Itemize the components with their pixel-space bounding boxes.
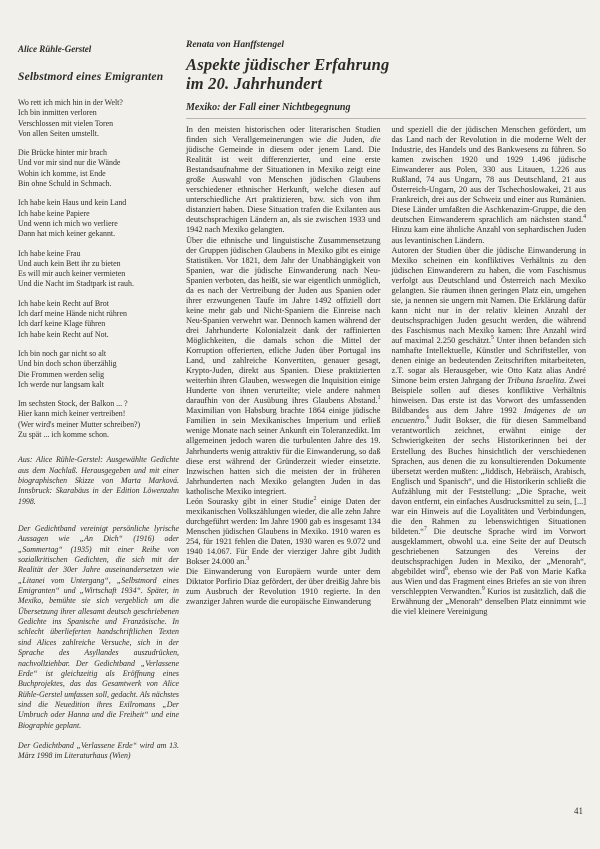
- article-title: Aspekte jüdischer Erfahrung im 20. Jahrh…: [186, 56, 586, 93]
- text-run: die: [370, 135, 380, 144]
- poem-line: Hier kann mich keiner vertreiben!: [18, 409, 179, 419]
- text-run: jüdische Gemeinde in diesem oder jenem L…: [186, 145, 381, 234]
- poem-line: Ich darf keine Klage führen: [18, 319, 179, 329]
- poem-line: Bin ohne Schuld in Schmach.: [18, 179, 179, 189]
- poem-line: (Wer wird's meiner Mutter schreiben?): [18, 420, 179, 430]
- poem-line: Von allen Seiten umstellt.: [18, 129, 179, 139]
- poem-stanza: Die Brücke hinter mir brachUnd vor mir s…: [18, 148, 179, 189]
- poem-line: Zu spät ... ich komme schon.: [18, 430, 179, 440]
- poem-line: Dann hat mich keiner gekannt.: [18, 229, 179, 239]
- poem-line: Die Brücke hinter mir brach: [18, 148, 179, 158]
- poem-line: Wo rett ich mich hin in der Welt?: [18, 98, 179, 108]
- article-columns: In den meisten historischen oder literar…: [186, 125, 586, 617]
- poem-stanza: Ich habe kein Recht auf BrotIch darf mei…: [18, 299, 179, 340]
- poem-line: Und bin doch schon überzählig: [18, 359, 179, 369]
- poem-stanza: Wo rett ich mich hin in der Welt?Ich bin…: [18, 98, 179, 139]
- text-run: Juden,: [337, 135, 370, 144]
- poem-line: Ich habe kein Haus und kein Land: [18, 198, 179, 208]
- poem-line: Es will mir auch keiner vermieten: [18, 269, 179, 279]
- text-run: einige Daten der mexikanischen Volkszähl…: [186, 497, 381, 566]
- article-paragraph: León Sourasky gibt in einer Studie2 eini…: [186, 497, 381, 567]
- poem-column: Alice Rühle-Gerstel Selbstmord eines Emi…: [18, 44, 179, 762]
- poem-line: Ich habe kein Recht auf Brot: [18, 299, 179, 309]
- poem-line: Im sechsten Stock, der Balkon ... ?: [18, 399, 179, 409]
- poem-title: Selbstmord eines Emigranten: [18, 71, 179, 83]
- page-number: 41: [574, 806, 583, 816]
- scanned-book-page: Alice Rühle-Gerstel Selbstmord eines Emi…: [0, 0, 600, 849]
- article-title-line1: Aspekte jüdischer Erfahrung: [186, 56, 586, 75]
- poem-line: Ich habe kein Recht auf Not.: [18, 330, 179, 340]
- poem-line: Die Frommen werden selig: [18, 370, 179, 380]
- poem-line: Ich habe keine Frau: [18, 249, 179, 259]
- text-run: León Sourasky gibt in einer Studie: [186, 497, 313, 506]
- text-run: Die Einwanderung von Europäern wurde unt…: [186, 567, 381, 606]
- poem-stanza: Ich habe kein Haus und kein LandIch habe…: [18, 198, 179, 239]
- article-column-1: In den meisten historischen oder literar…: [186, 125, 381, 617]
- text-run: Judit Bokser, die für diesen Sammelband …: [392, 416, 587, 536]
- poem-body: Wo rett ich mich hin in der Welt?Ich bin…: [18, 98, 179, 440]
- poem-line: Und auch kein Bett ihr zu bieten: [18, 259, 179, 269]
- poem-stanza: Ich bin noch gar nicht so altUnd bin doc…: [18, 349, 179, 390]
- article-paragraph: Autoren der Studien über die jüdische Ei…: [392, 246, 587, 618]
- text-run: Tribuna Israelita: [507, 376, 564, 385]
- text-run: Über die ethnische und linguistische Zus…: [186, 236, 381, 406]
- poem-stanza: Ich habe keine FrauUnd auch kein Bett ih…: [18, 249, 179, 290]
- footnote-marker: 4: [583, 215, 586, 221]
- article-paragraph: und speziell die der jüdischen Menschen …: [392, 125, 587, 246]
- article-paragraph: Über die ethnische und linguistische Zus…: [186, 236, 381, 497]
- poem-author: Alice Rühle-Gerstel: [18, 44, 179, 54]
- poem-stanza: Im sechsten Stock, der Balkon ... ?Hier …: [18, 399, 179, 440]
- poem-line: Und vor mir sind nur die Wände: [18, 158, 179, 168]
- article: Renata von Hanffstengel Aspekte jüdische…: [186, 40, 586, 617]
- article-subtitle: Mexiko: der Fall einer Nichtbegegnung: [186, 102, 586, 113]
- text-run: die: [327, 135, 337, 144]
- event-note: Der Gedichtband „Verlassene Erde“ wird a…: [18, 741, 179, 762]
- poem-line: Ich bin noch gar nicht so alt: [18, 349, 179, 359]
- poem-line: Ich darf meine Hände nicht rühren: [18, 309, 179, 319]
- poem-line: Verschlossen mit vielen Toren: [18, 119, 179, 129]
- poem-line: Ich werde nur langsam kalt: [18, 380, 179, 390]
- text-run: Maximilian von Habsburg brachte 1864 ein…: [186, 406, 381, 495]
- text-run: Hinzu kam eine ähnliche Anzahl von sepha…: [392, 225, 587, 244]
- poem-line: Wohin ich komme, ist Ende: [18, 169, 179, 179]
- text-run: Autoren der Studien über die jüdische Ei…: [392, 246, 587, 345]
- poem-line: Und die Nacht im Stadtpark ist rauh.: [18, 279, 179, 289]
- footnote-marker: 1: [378, 396, 381, 402]
- article-title-line2: im 20. Jahrhundert: [186, 75, 586, 94]
- article-column-2: und speziell die der jüdischen Menschen …: [392, 125, 587, 617]
- footnote-marker: 3: [246, 556, 249, 562]
- editorial-commentary: Der Gedichtband vereinigt persönliche ly…: [18, 524, 179, 731]
- article-author: Renata von Hanffstengel: [186, 40, 586, 50]
- article-paragraph: Die Einwanderung von Europäern wurde unt…: [186, 567, 381, 607]
- poem-source-note: Aus: Alice Rühle-Gerstel: Ausgewählte Ge…: [18, 455, 179, 507]
- text-run: und speziell die der jüdischen Menschen …: [392, 125, 587, 224]
- subtitle-rule: [186, 118, 586, 119]
- poem-line: Ich bin inmitten verloren: [18, 108, 179, 118]
- poem-line: Ich habe keine Papiere: [18, 209, 179, 219]
- poem-line: Und wenn ich mich wo verliere: [18, 219, 179, 229]
- article-paragraph: In den meisten historischen oder literar…: [186, 125, 381, 236]
